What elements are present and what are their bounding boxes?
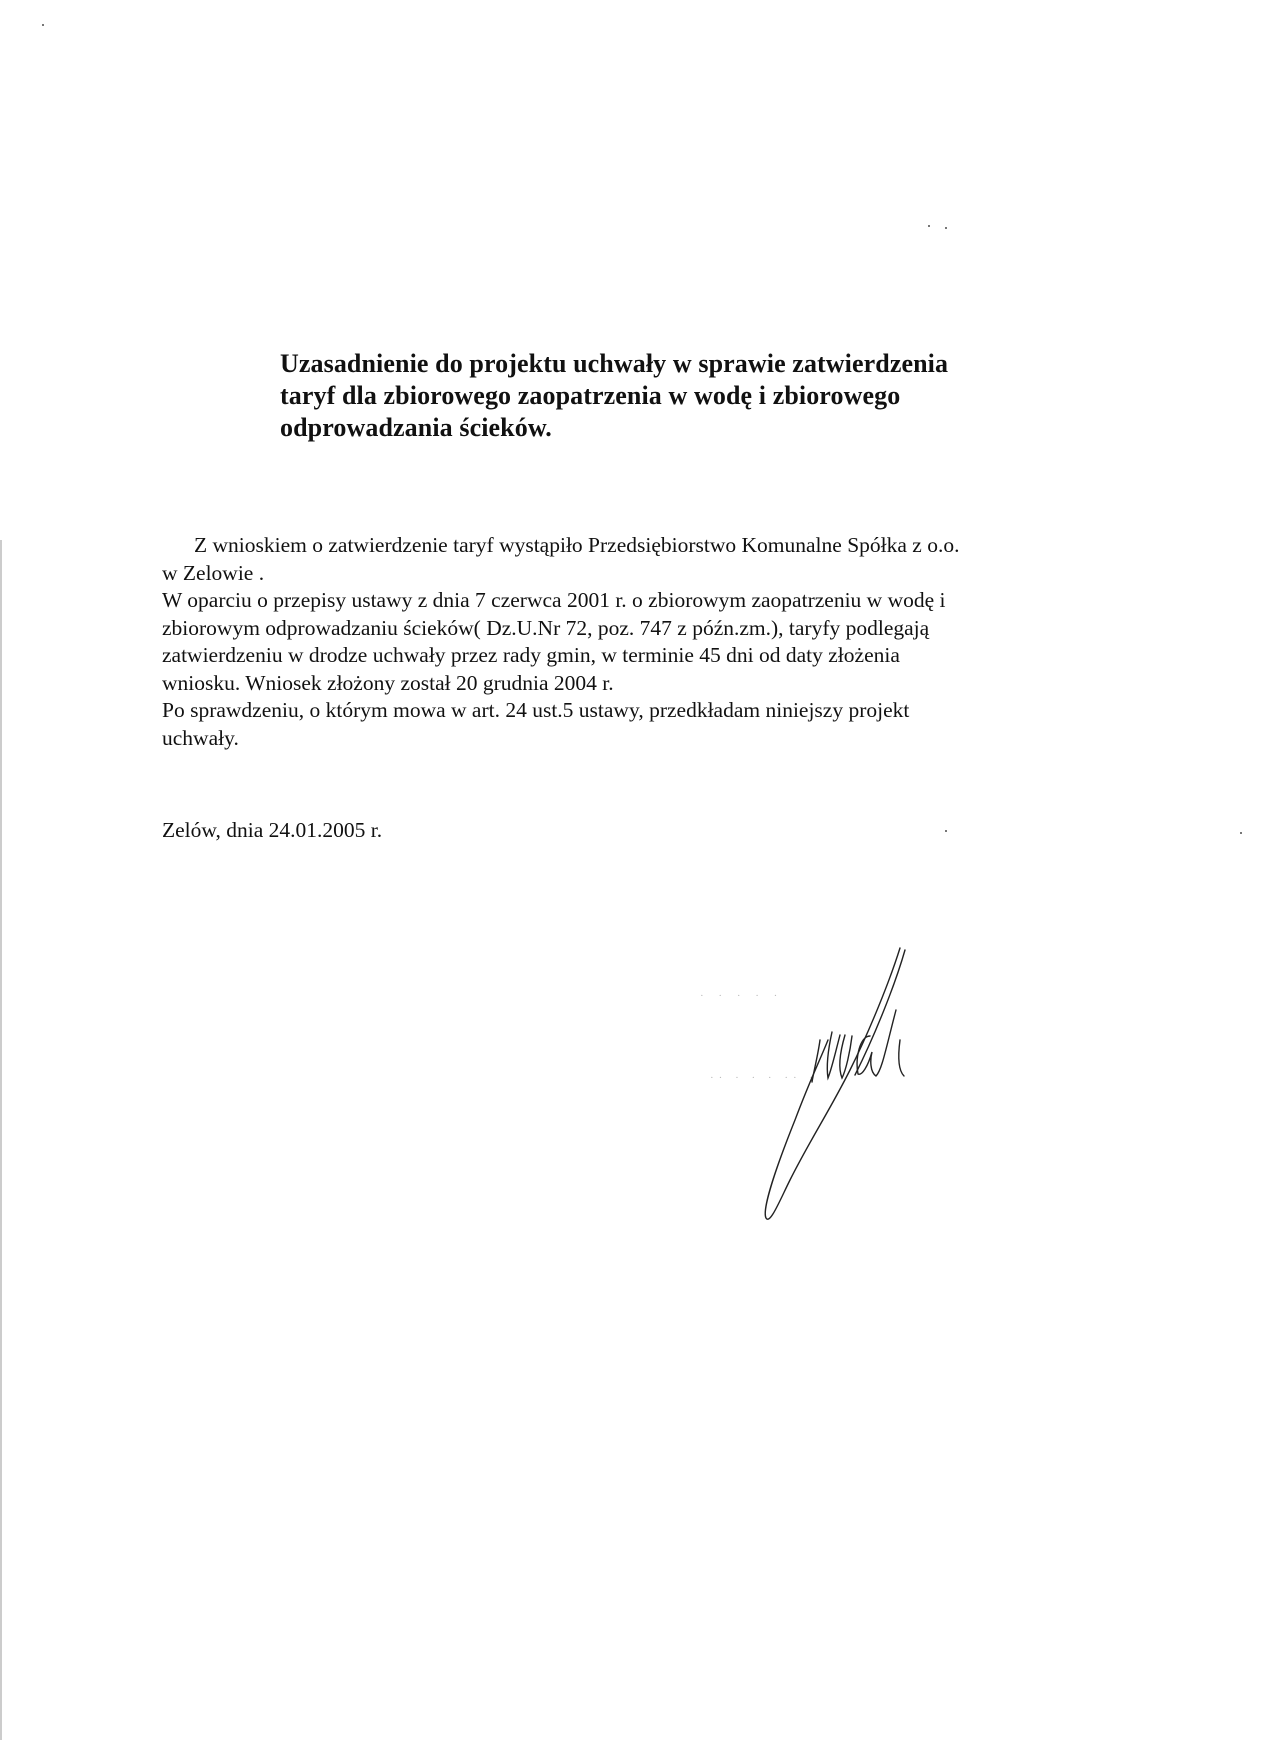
title-line: odprowadzania ścieków. xyxy=(280,412,1040,444)
scan-edge-shadow xyxy=(0,540,2,1740)
scan-speck xyxy=(928,225,930,227)
document-title: Uzasadnienie do projektu uchwały w spraw… xyxy=(280,348,1040,444)
body-line: zatwierdzeniu w drodze uchwały przez rad… xyxy=(162,642,1102,670)
body-line: uchwały. xyxy=(162,725,1102,753)
title-line: Uzasadnienie do projektu uchwały w spraw… xyxy=(280,348,1040,380)
body-line: zbiorowym odprowadzaniu ścieków( Dz.U.Nr… xyxy=(162,615,1102,643)
scan-speck xyxy=(945,227,947,229)
scan-speck xyxy=(42,24,44,26)
document-body: Z wnioskiem o zatwierdzenie taryf wystąp… xyxy=(162,532,1102,752)
handwritten-signature-icon xyxy=(700,940,960,1230)
body-line: Z wnioskiem o zatwierdzenie taryf wystąp… xyxy=(162,532,1102,560)
scan-speck xyxy=(945,830,947,832)
body-line: Po sprawdzeniu, o którym mowa w art. 24 … xyxy=(162,697,1102,725)
title-line: taryf dla zbiorowego zaopatrzenia w wodę… xyxy=(280,380,1040,412)
body-line: wniosku. Wniosek złożony został 20 grudn… xyxy=(162,670,1102,698)
body-line: W oparciu o przepisy ustawy z dnia 7 cze… xyxy=(162,587,1102,615)
body-line: w Zelowie . xyxy=(162,560,1102,588)
scan-speck xyxy=(1240,832,1242,834)
place-date: Zelów, dnia 24.01.2005 r. xyxy=(162,818,382,843)
